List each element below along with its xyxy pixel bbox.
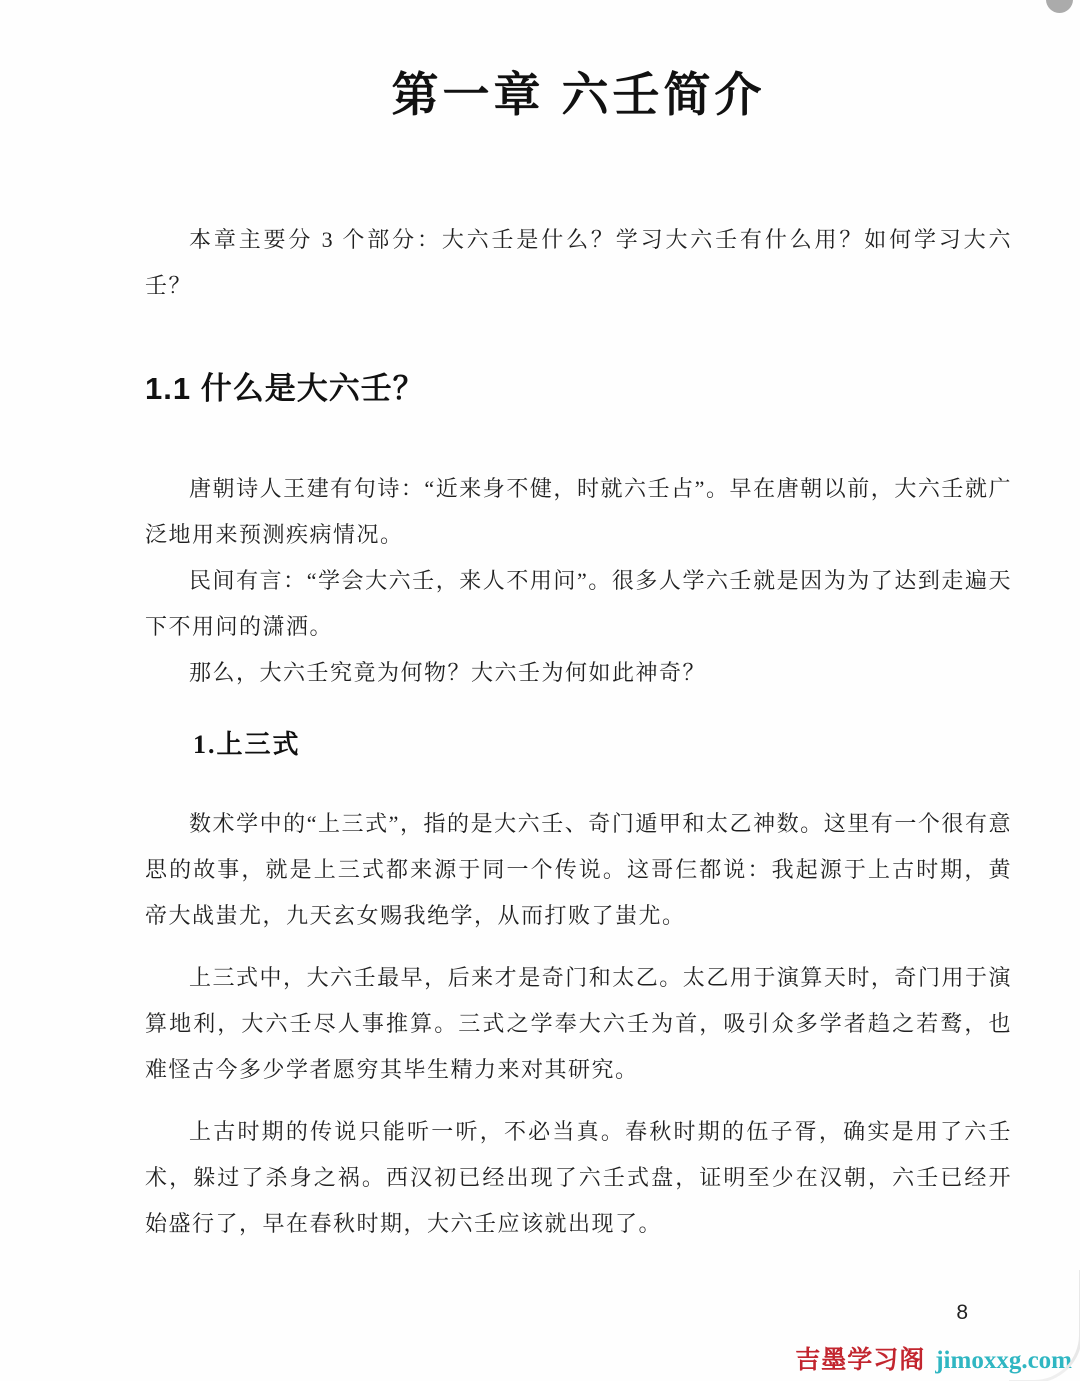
body-paragraph: 那么，大六壬究竟为何物？大六壬为何如此神奇？ [145, 650, 1012, 696]
document-page: 第一章 六壬简介 本章主要分 3 个部分：大六壬是什么？学习大六壬有什么用？如何… [0, 0, 1080, 1381]
paragraph-group-1: 唐朝诗人王建有句诗：“近来身不健，时就六壬占”。早在唐朝以前，大六壬就广泛地用来… [145, 466, 1012, 696]
page-curl-edge [1009, 1270, 1080, 1381]
body-paragraph: 数术学中的“上三式”，指的是大六壬、奇门遁甲和太乙神数。这里有一个很有意思的故事… [145, 801, 1012, 939]
body-paragraph: 唐朝诗人王建有句诗：“近来身不健，时就六壬占”。早在唐朝以前，大六壬就广泛地用来… [145, 466, 1012, 558]
intro-paragraph: 本章主要分 3 个部分：大六壬是什么？学习大六壬有什么用？如何学习大六壬？ [145, 217, 1012, 309]
paragraph-group-2: 数术学中的“上三式”，指的是大六壬、奇门遁甲和太乙神数。这里有一个很有意思的故事… [145, 801, 1012, 1247]
page-number: 8 [956, 1301, 968, 1325]
page-content: 第一章 六壬简介 本章主要分 3 个部分：大六壬是什么？学习大六壬有什么用？如何… [0, 0, 1080, 1247]
watermark-site-name: 吉墨学习阁 [795, 1346, 925, 1374]
body-paragraph: 上三式中，大六壬最早，后来才是奇门和太乙。太乙用于演算天时，奇门用于演算地利，大… [145, 955, 1012, 1093]
subsection-heading: 1.上三式 [145, 724, 1012, 761]
body-paragraph: 上古时期的传说只能听一听，不必当真。春秋时期的伍子胥，确实是用了六壬术，躲过了杀… [145, 1109, 1012, 1247]
body-paragraph: 民间有言：“学会大六壬，来人不用问”。很多人学六壬就是因为为了达到走遍天下不用问… [145, 558, 1012, 650]
chapter-title: 第一章 六壬简介 [145, 0, 1012, 125]
section-heading: 1.1 什么是大六壬？ [145, 363, 1012, 408]
